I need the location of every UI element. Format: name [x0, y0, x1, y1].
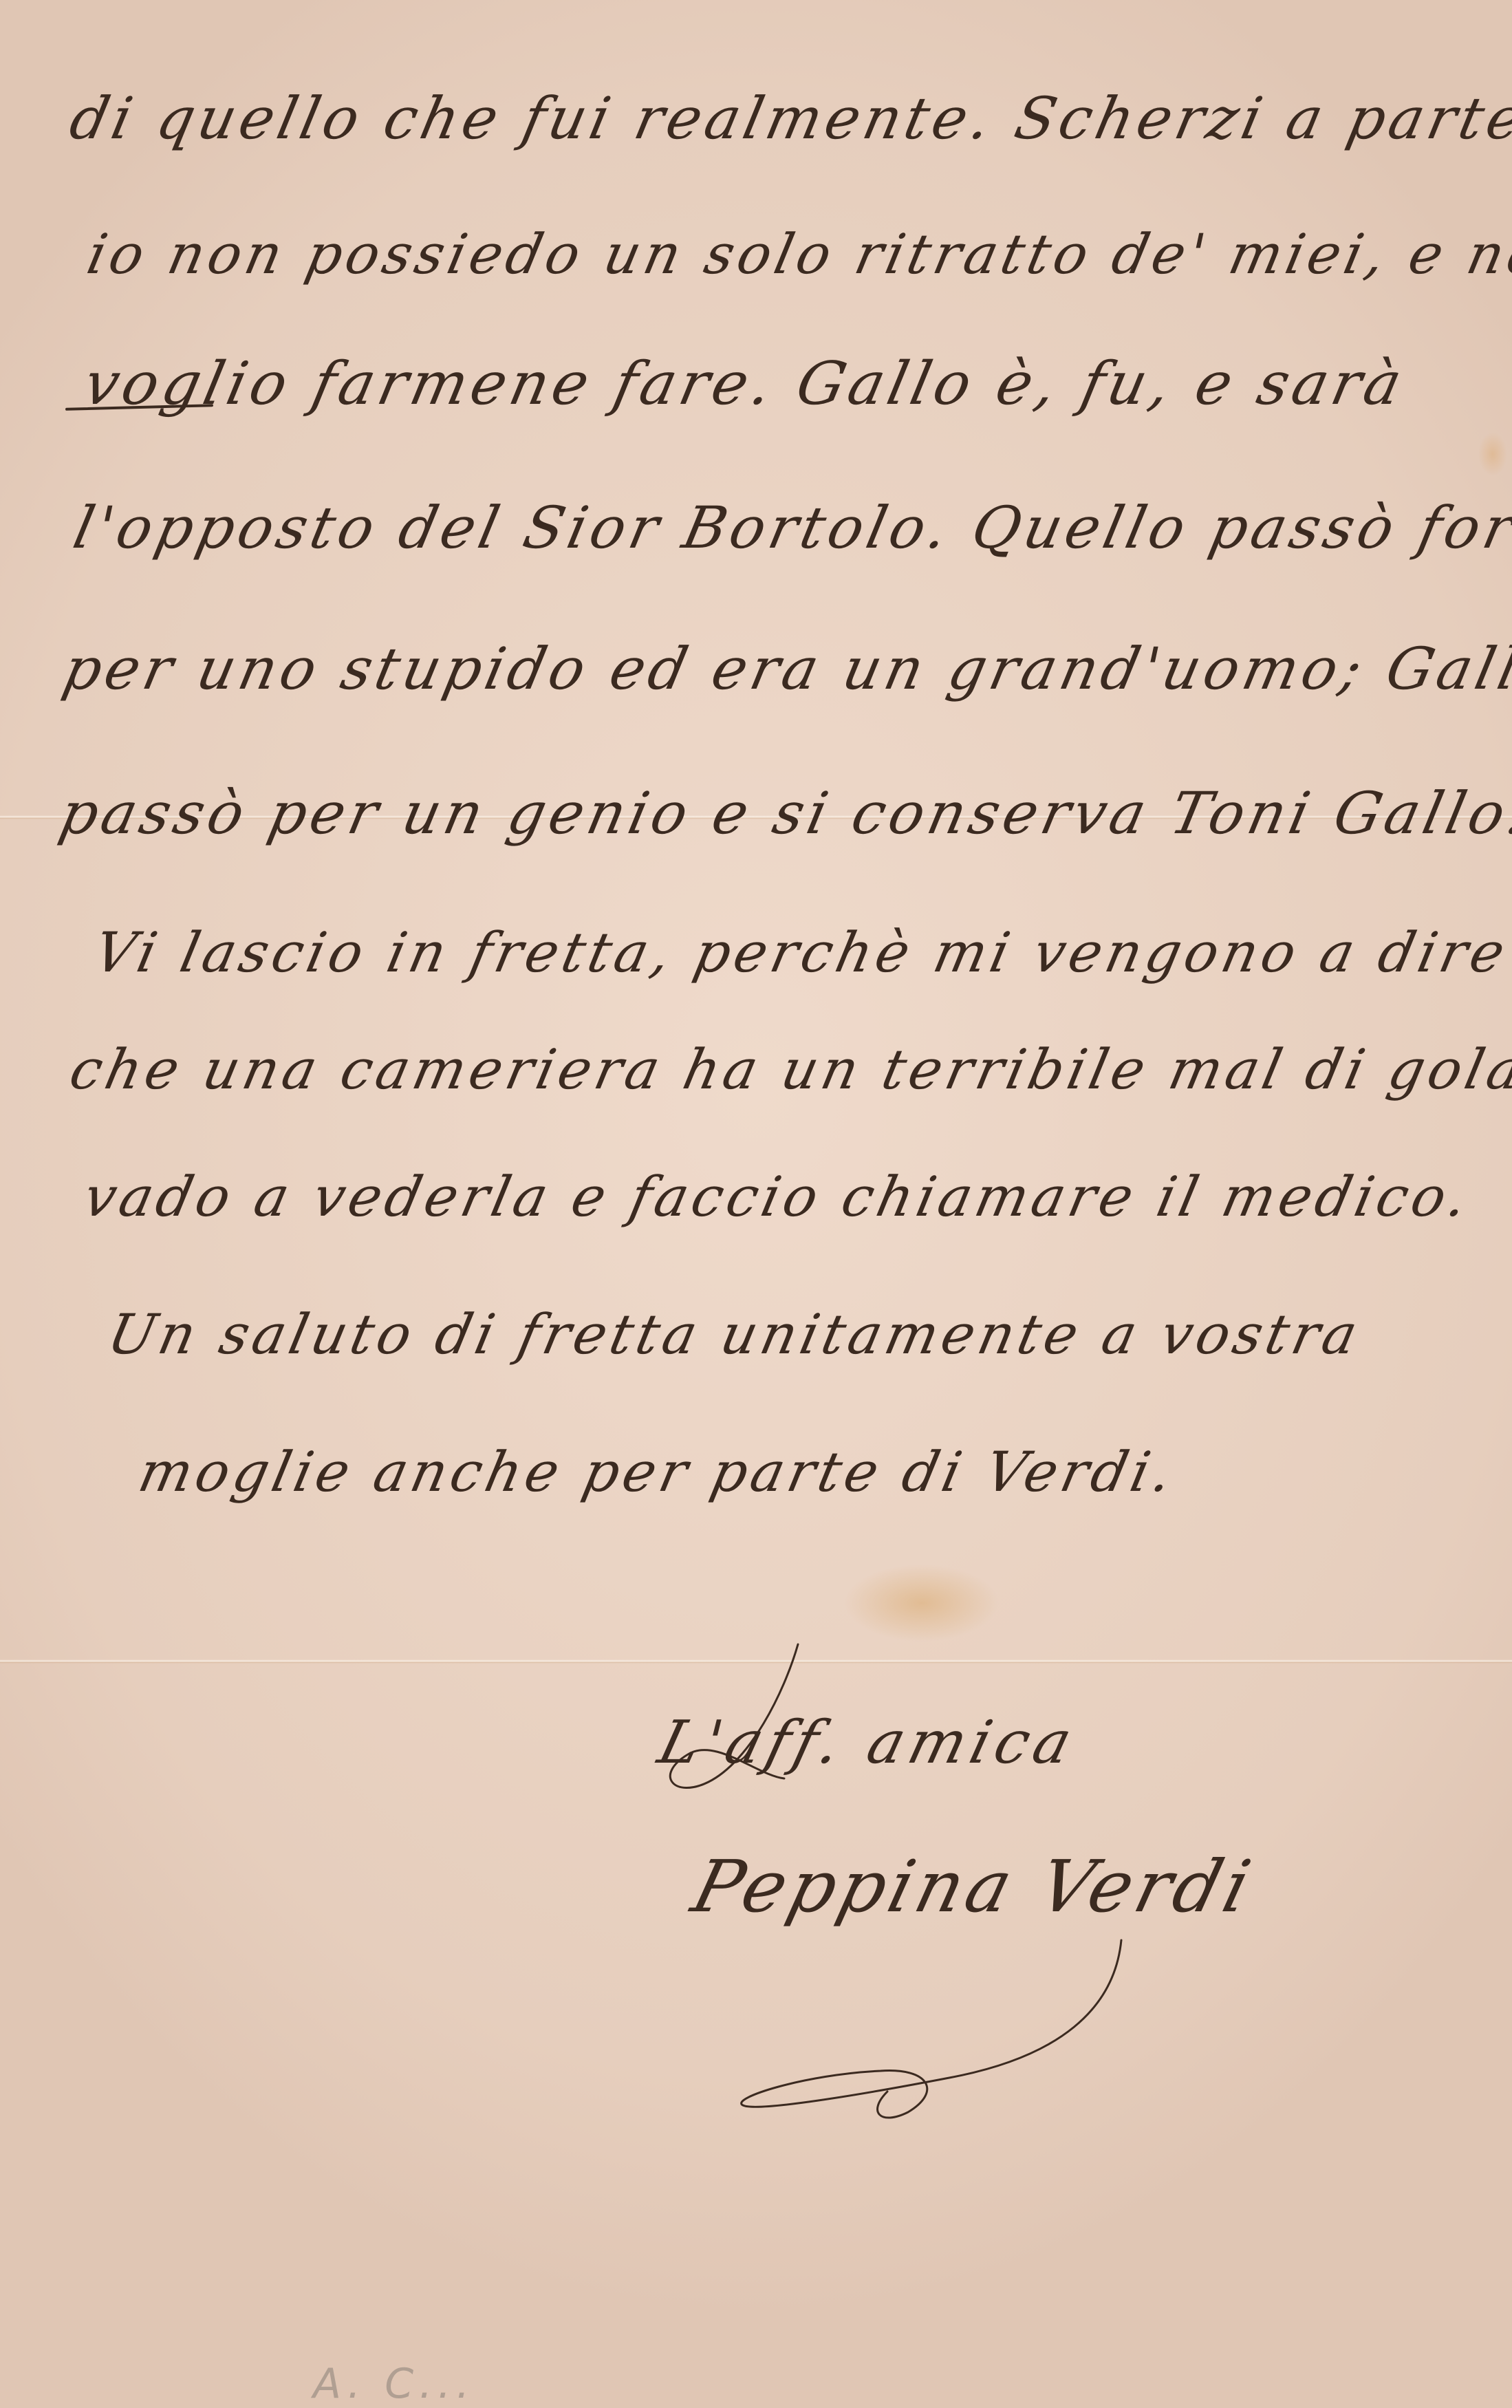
letter-line-2: io non possiedo un solo ritratto de' mie… [83, 227, 1512, 282]
letter-line-9: vado a vederla e faccio chiamare il medi… [79, 1170, 1476, 1225]
letter-line-8: che una cameriera ha un terribile mal di… [65, 1042, 1512, 1097]
letter-line-5: per uno stupido ed era un grand'uomo; Ga… [58, 640, 1512, 698]
letter-page: di quello che fui realmente. Scherzi a p… [0, 0, 1512, 2408]
letter-line-7: Vi lascio in fretta, perchè mi vengono a… [89, 925, 1512, 980]
closing-flourish [647, 1637, 853, 1816]
letter-line-1: di quello che fui realmente. Scherzi a p… [65, 89, 1512, 147]
signature-flourish [702, 1926, 1183, 2133]
letter-line-10: Un saluto di fretta unitamente a vostra [103, 1307, 1366, 1362]
letter-line-3: voglio farmene fare. Gallo è, fu, e sarà [79, 354, 1410, 413]
letter-line-11: moglie anche per parte di Verdi. [134, 1445, 1180, 1500]
letter-line-4: l'opposto del Sior Bortolo. Quello passò… [69, 499, 1512, 557]
pencil-annotation: A. C... [313, 2360, 475, 2408]
letter-line-6: passò per un genio e si conserva Toni Ga… [55, 784, 1512, 842]
signature: Peppina Verdi [686, 1851, 1261, 1922]
